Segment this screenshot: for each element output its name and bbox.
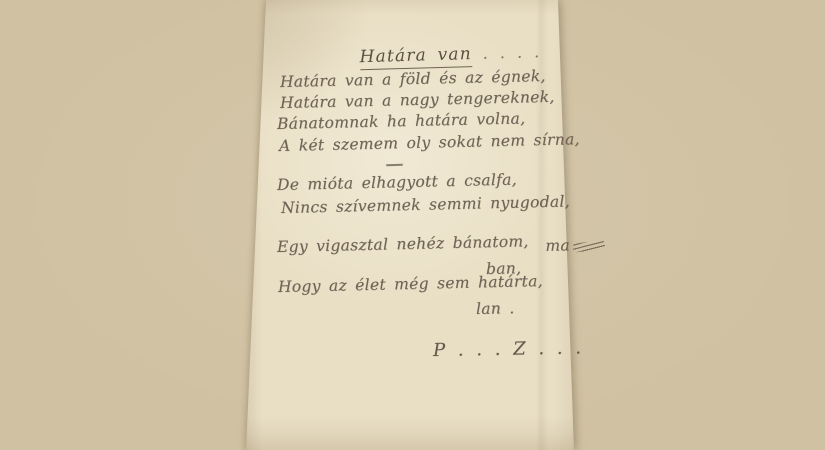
stanza2-line2: Nincs szívemnek semmi nyugodal, — [281, 192, 570, 217]
ink-scribble-strikethrough — [573, 240, 606, 252]
scan-background: Határa van . . . . Határa van a föld és … — [0, 0, 825, 450]
stanza2-line2-continuation-text: ma — [545, 236, 570, 255]
stanza1-line2: Határa van a nagy tengereknek, — [280, 88, 555, 112]
poem-title-text: Határa van — [359, 44, 472, 70]
stanza1-line3: Bánatomnak ha határa volna, — [277, 109, 526, 133]
stanza1-line4: A két szemem oly sokat nem sírna, — [279, 130, 580, 155]
poem-title-dots: . . . . — [472, 42, 541, 64]
stanza2-line1: De mióta elhagyott a csalfa, — [277, 171, 517, 194]
stanza2-line4: Hogy az élet még sem határta, — [278, 272, 543, 296]
stanza-separator-dash — [386, 164, 403, 167]
stanza2-line3: Egy vigasztal nehéz bánatom, — [277, 232, 529, 256]
poem-text-layer: Határa van . . . . Határa van a föld és … — [0, 0, 825, 450]
stanza2-line4-continuation: lan . — [476, 299, 515, 318]
signature: P . . . Z . . . — [433, 337, 583, 361]
